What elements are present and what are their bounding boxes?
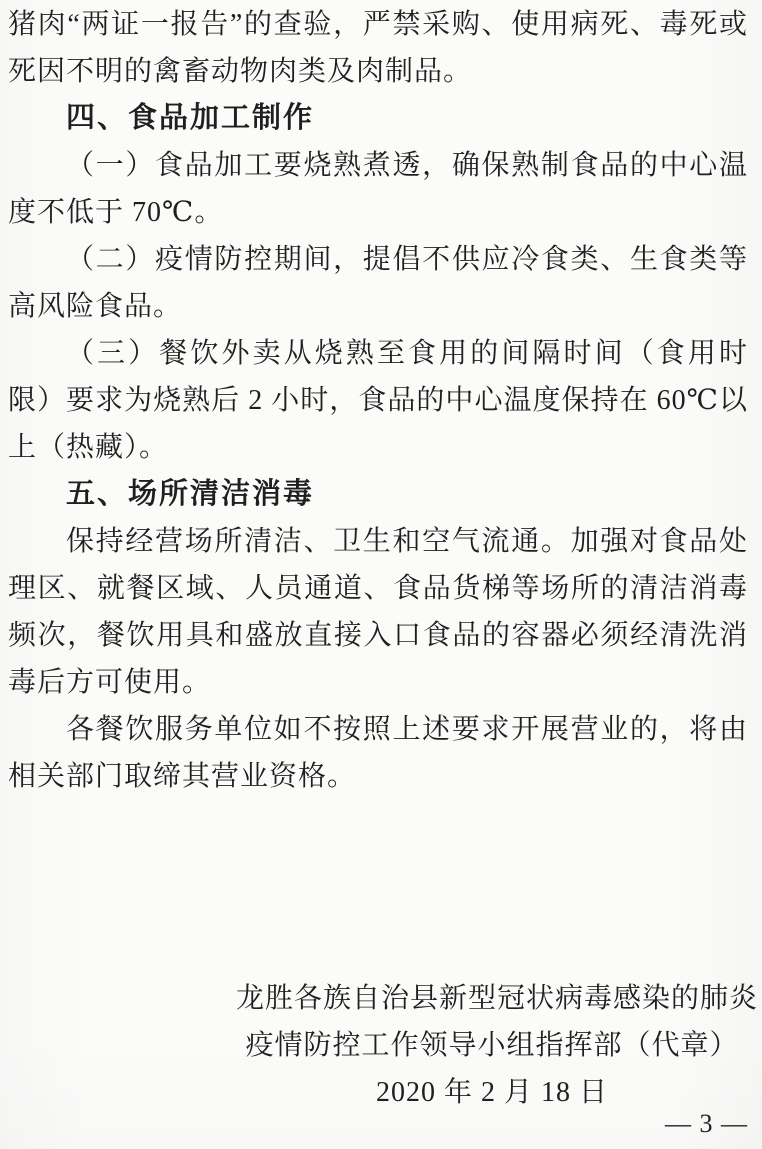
page-number: — 3 —: [665, 1109, 748, 1139]
document-page: 猪肉“两证一报告”的查验，严禁采购、使用病死、毒死或死因不明的禽畜动物肉类及肉制…: [0, 0, 762, 1149]
paragraph-item-3: （三）餐饮外卖从烧熟至食用的间隔时间（食用时限）要求为烧熟后 2 小时，食品的中…: [8, 330, 748, 471]
paragraph-cleaning: 保持经营场所清洁、卫生和空气流通。加强对食品处理区、就餐区域、人员通道、食品货梯…: [8, 518, 748, 706]
paragraph-penalty: 各餐饮服务单位如不按照上述要求开展营业的，将由相关部门取缔其营业资格。: [8, 706, 748, 800]
signature-block: 龙胜各族自治县新型冠状病毒感染的肺炎 疫情防控工作领导小组指挥部（代章） 202…: [8, 975, 748, 1116]
signature-org-line-2: 疫情防控工作领导小组指挥部（代章）: [236, 1022, 748, 1069]
section-heading-4: 四、食品加工制作: [8, 95, 748, 142]
signature-org-line-1: 龙胜各族自治县新型冠状病毒感染的肺炎: [236, 975, 748, 1022]
document-body: 猪肉“两证一报告”的查验，严禁采购、使用病死、毒死或死因不明的禽畜动物肉类及肉制…: [0, 0, 762, 1116]
paragraph-item-1: （一）食品加工要烧熟煮透，确保熟制食品的中心温度不低于 70℃。: [8, 142, 748, 236]
section-heading-5: 五、场所清洁消毒: [8, 471, 748, 518]
paragraph-continuation: 猪肉“两证一报告”的查验，严禁采购、使用病死、毒死或死因不明的禽畜动物肉类及肉制…: [8, 1, 748, 95]
paragraph-item-2: （二）疫情防控期间，提倡不供应冷食类、生食类等高风险食品。: [8, 236, 748, 330]
